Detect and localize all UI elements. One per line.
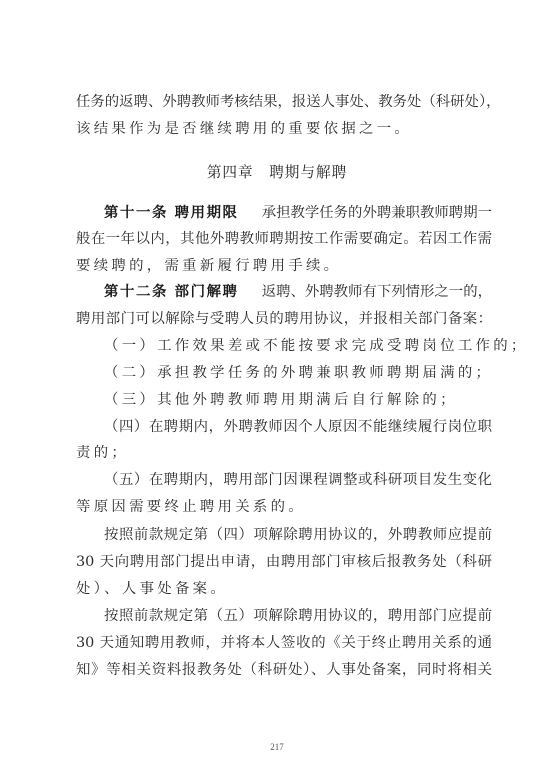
body-line: 知》等相关资料报教务处（科研处）、人事处备案，同时将相关 <box>76 661 492 679</box>
list-item: （一）工作效果差或不能按要求完成受聘岗位工作的； <box>104 337 492 355</box>
body-line: 按照前款规定第（五）项解除聘用协议的，聘用部门应提前 <box>104 607 492 625</box>
article-12-title: 第十二条 部门解聘 <box>104 284 239 300</box>
page-number: 217 <box>0 742 554 752</box>
body-line: 按照前款规定第（四）项解除聘用协议的，外聘教师应提前 <box>104 526 492 544</box>
article-11-text: 承担教学任务的外聘兼职教师聘期一 <box>262 205 492 221</box>
list-item: （二）承担教学任务的外聘兼职教师聘期届满的； <box>104 364 492 382</box>
body-line: 30 天向聘用部门提出申请，由聘用部门审核后报教务处（科研 <box>76 553 492 571</box>
body-line: 任务的返聘、外聘教师考核结果，报送人事处、教务处（科研处）， <box>76 93 492 111</box>
article-11-title: 第十一条 聘用期限 <box>104 205 239 221</box>
list-item-continued: 等原因需要终止聘用关系的。 <box>76 498 492 516</box>
chapter-heading: 第四章 聘期与解聘 <box>0 161 554 182</box>
list-item: （三）其他外聘教师聘用期满后自行解除的； <box>104 391 492 409</box>
body-line: 30 天通知聘用教师，并将本人签收的《关于终止聘用关系的通 <box>76 634 492 652</box>
body-line: 处）、人事处备案。 <box>76 580 492 598</box>
body-line: 该结果作为是否继续聘用的重要依据之一。 <box>76 120 492 138</box>
list-item: （五）在聘期内，聘用部门因课程调整或科研项目发生变化 <box>104 471 492 489</box>
list-item-continued: 责的； <box>76 444 492 462</box>
article-12-first-line: 第十二条 部门解聘 返聘、外聘教师有下列情形之一的， <box>104 283 492 301</box>
article-11-first-line: 第十一条 聘用期限 承担教学任务的外聘兼职教师聘期一 <box>104 204 492 222</box>
body-line: 要续聘的，需重新履行聘用手续。 <box>76 257 492 275</box>
body-line: 般在一年以内，其他外聘教师聘期按工作需要确定。若因工作需 <box>76 230 492 248</box>
document-page: 任务的返聘、外聘教师考核结果，报送人事处、教务处（科研处）， 该结果作为是否继续… <box>0 0 554 783</box>
article-12-text: 返聘、外聘教师有下列情形之一的， <box>262 284 492 300</box>
body-line: 聘用部门可以解除与受聘人员的聘用协议，并报相关部门备案： <box>76 310 492 328</box>
list-item: （四）在聘期内，外聘教师因个人原因不能继续履行岗位职 <box>104 418 492 436</box>
